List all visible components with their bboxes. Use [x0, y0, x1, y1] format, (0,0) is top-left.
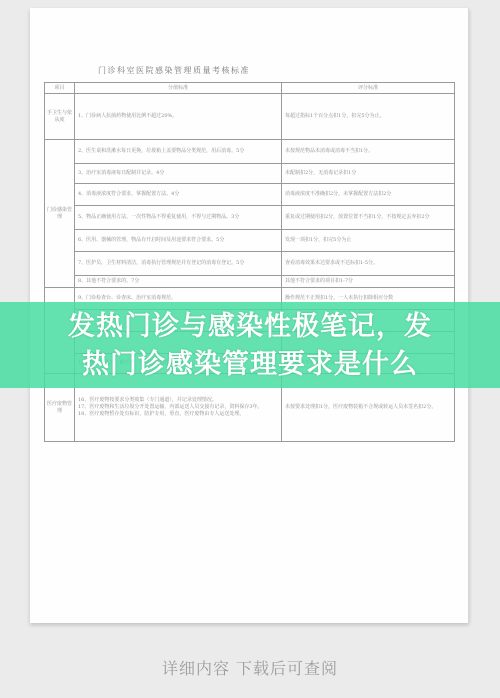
row-scoring: 未按规范物品未消毒或消毒不当扣1分。 — [282, 140, 455, 164]
row-content: 8、其他不符合要求的。7分 — [75, 276, 282, 288]
document-title: 门诊科室医院感染管理质量考核标准 — [98, 65, 250, 76]
table-row: 8、其他不符合要求的。7分 其他不符合要求的项目扣1-7分 — [45, 276, 455, 288]
row-content: 3、治疗室消毒液每日配制并记录。4分 — [75, 164, 282, 184]
table-row: 5、物品正确使用方法，一次性物品不得重复使用，不得与过期物品。3分 重复或过期使… — [45, 206, 455, 230]
row-scoring: 查看消毒效果未达要求或不达标扣1-5分。 — [282, 252, 455, 276]
table-row: 3、治疗室消毒液每日配制并记录。4分 未配制扣2分，无消毒记录扣1分 — [45, 164, 455, 184]
row-content: 6、医用、器械的管理，物品有开启时间及用途要求符合要求。5分 — [75, 230, 282, 252]
row-scoring: 其他不符合要求的项目扣1-7分 — [282, 276, 455, 288]
table-row: 门诊感染管理 2、医生桌和洗漱水每日更换，垃圾箱上盖要物品分类规范，用后消毒。5… — [45, 140, 455, 164]
row-content: 5、物品正确使用方法，一次性物品不得重复使用，不得与过期物品。3分 — [75, 206, 282, 230]
row-category: 手卫生与依从度 — [45, 94, 75, 140]
row-content: 2、医生桌和洗漱水每日更换，垃圾箱上盖要物品分类规范，用后消毒。5分 — [75, 140, 282, 164]
banner-line-2: 热门诊感染管理要求是什么 — [0, 346, 500, 384]
download-hint[interactable]: 详细内容 下载后可查阅 — [0, 656, 500, 679]
header-category: 项目 — [45, 83, 75, 94]
assessment-table: 项目 分值标准 评分标准 手卫生与依从度 1、门诊病人抗菌药物使用比例不超过20… — [44, 82, 455, 442]
row-scoring: 消毒液浓度不准确扣2分，未掌握配置方法扣2分 — [282, 184, 455, 206]
row-scoring: 每超过指标1个百分点扣1分，扣完5分为止。 — [282, 94, 455, 140]
header-content: 分值标准 — [75, 83, 282, 94]
table-row: 手卫生与依从度 1、门诊病人抗菌药物使用比例不超过20%。 每超过指标1个百分点… — [45, 94, 455, 140]
banner-line-1: 发热门诊与感染性极笔记，发 — [0, 308, 500, 346]
row-content: 1、门诊病人抗菌药物使用比例不超过20%。 — [75, 94, 282, 140]
row-category: 门诊感染管理 — [45, 140, 75, 288]
row-content: 7、医护员、卫生材料清洁，消毒执行管理规范并有登记的消毒有登记。5分 — [75, 252, 282, 276]
table-row: 6、医用、器械的管理，物品有开启时间及用途要求符合要求。5分 发现一项扣1分，扣… — [45, 230, 455, 252]
header-scoring: 评分标准 — [282, 83, 455, 94]
table-header-row: 项目 分值标准 评分标准 — [45, 83, 455, 94]
row-scoring: 发现一项扣1分，扣完5分为止 — [282, 230, 455, 252]
table-row: 7、医护员、卫生材料清洁，消毒执行管理规范并有登记的消毒有登记。5分 查看消毒效… — [45, 252, 455, 276]
banner-title: 发热门诊与感染性极笔记，发 热门诊感染管理要求是什么 — [0, 308, 500, 384]
row-scoring: 重复或过期使用扣2分，放置位置不当扣1分，不按规定丢弃扣2分 — [282, 206, 455, 230]
row-content: 4、消毒液浓度符合要求，掌握配置方法。4分 — [75, 184, 282, 206]
table-row: 4、消毒液浓度符合要求，掌握配置方法。4分 消毒液浓度不准确扣2分，未掌握配置方… — [45, 184, 455, 206]
row-scoring: 未配制扣2分，无消毒记录扣1分 — [282, 164, 455, 184]
